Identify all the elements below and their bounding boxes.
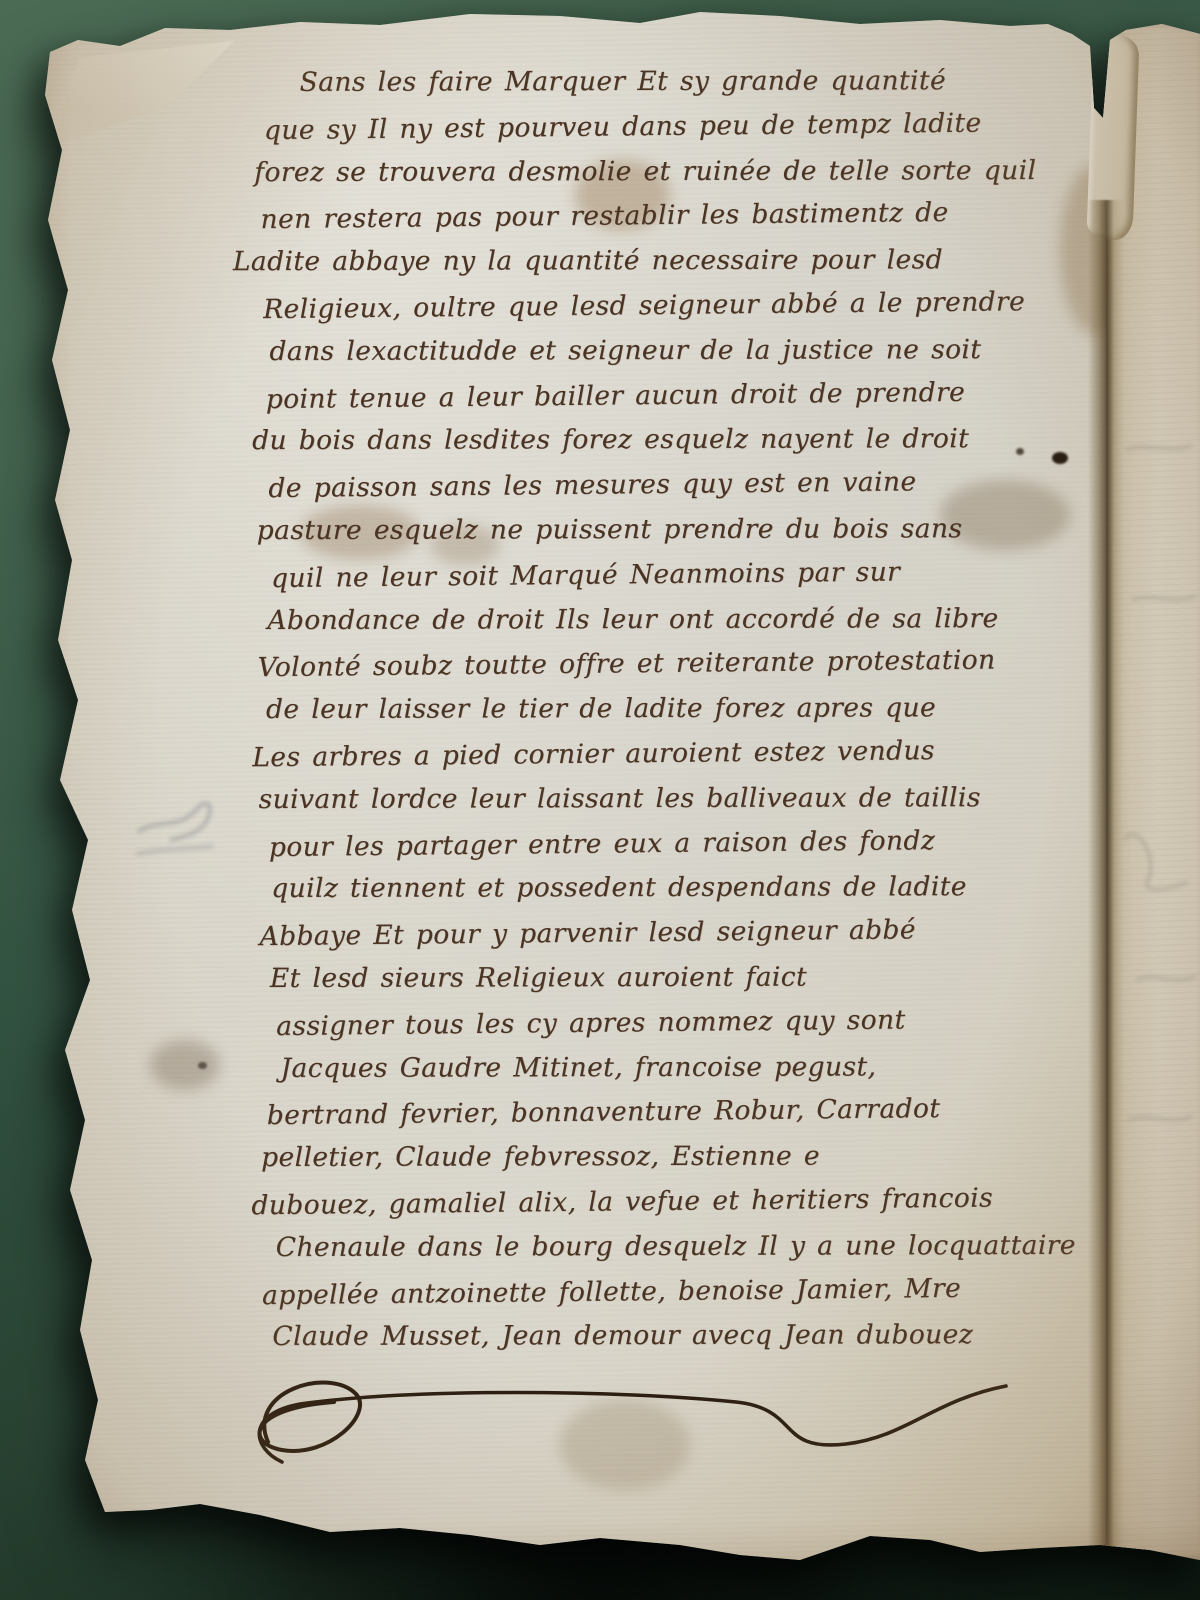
paraph-flourish <box>216 1352 1046 1502</box>
manuscript-line: Chenaule dans le bourg desquelz Il y a u… <box>276 1224 1062 1271</box>
manuscript-line: Et lesd sieurs Religieux auroient faict <box>270 955 1060 1002</box>
manuscript-line: Ladite abbaye ny la quantité necessaire … <box>233 238 1055 285</box>
page-corner-fold <box>52 36 242 156</box>
manuscript-line: point tenue a leur bailler aucun droit d… <box>266 369 1056 422</box>
manuscript-line: quilz tiennent et possedent despendans d… <box>271 865 1059 912</box>
manuscript-line: bertrand fevrier, bonnaventure Robur, Ca… <box>267 1086 1061 1139</box>
manuscript-line: Volonté soubz toutte offre et reiterante… <box>257 638 1057 691</box>
manuscript-line: suivant lordce leur laissant les ballive… <box>259 776 1059 823</box>
manuscript-line: Religieux, oultre que lesd seigneur abbé… <box>263 280 1055 333</box>
ink-blot <box>198 1062 207 1069</box>
manuscript-page: Sans les faire Marquer Et sy grande quan… <box>0 0 1200 1600</box>
manuscript-line: que sy Il ny est pourveu dans peu de tem… <box>264 101 1054 154</box>
manuscript-line: quil ne leur soit Marqué Neanmoins par s… <box>271 549 1057 602</box>
manuscript-line: pelletier, Claude febvressoz, Estienne e <box>261 1134 1061 1181</box>
manuscript-line: forez se trouvera desmolie et ruinée de … <box>254 149 1054 196</box>
manuscript-photo: Sans les faire Marquer Et sy grande quan… <box>0 0 1200 1600</box>
fold-crease <box>1088 200 1124 1560</box>
manuscript-line: de leur laisser le tier de ladite forez … <box>266 686 1058 733</box>
manuscript-text: Sans les faire Marquer Et sy grande quan… <box>253 57 1062 1362</box>
manuscript-line: Sans les faire Marquer Et sy grande quan… <box>300 59 1054 106</box>
manuscript-line: Abondance de droit Ils leur ont accordé … <box>267 596 1057 643</box>
manuscript-line: du bois dans lesdites forez esquelz naye… <box>252 417 1056 464</box>
ink-bleed-mark <box>118 770 258 880</box>
manuscript-line: Abbaye Et pour y parvenir lesd seigneur … <box>259 907 1059 960</box>
manuscript-line: pasture esquelz ne puissent prendre du b… <box>257 507 1057 554</box>
paper-shadow: Sans les faire Marquer Et sy grande quan… <box>0 0 1200 1600</box>
water-stain <box>150 1040 220 1090</box>
manuscript-line: nen restera pas pour restablir les basti… <box>260 190 1054 243</box>
manuscript-line: Jacques Gaudre Mitinet, francoise pegust… <box>280 1044 1060 1091</box>
manuscript-line: dans lexactitudde et seigneur de la just… <box>269 328 1055 375</box>
manuscript-line: de paisson sans les mesures quy est en v… <box>268 459 1056 512</box>
manuscript-line: pour les partager entre eux a raison des… <box>269 817 1059 870</box>
manuscript-line: appellée antzoinette follette, benoise J… <box>262 1265 1062 1318</box>
manuscript-line: Les arbres a pied cornier auroient estez… <box>252 728 1058 781</box>
manuscript-line: assigner tous les cy apres nommez quy so… <box>276 997 1060 1050</box>
manuscript-line: dubouez, gamaliel alix, la vefue et heri… <box>251 1176 1061 1229</box>
